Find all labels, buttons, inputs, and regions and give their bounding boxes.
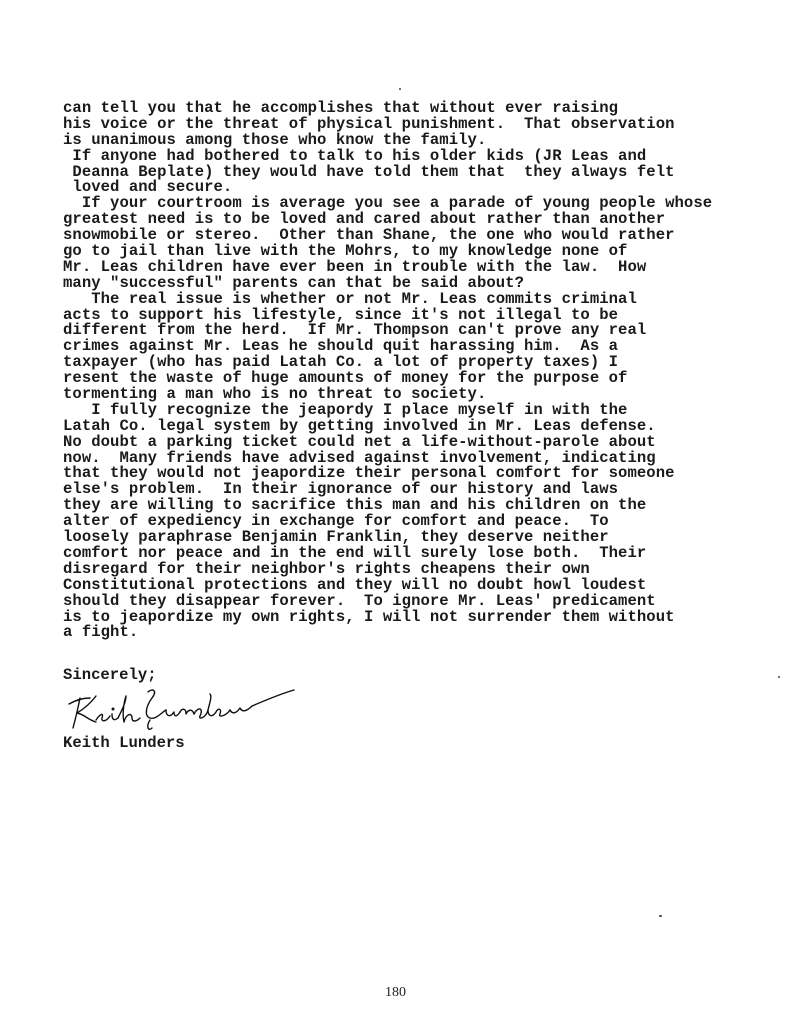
letter-line: a fight. — [63, 625, 712, 641]
page-number: 180 — [0, 985, 791, 1001]
scan-speck — [778, 676, 780, 678]
scan-speck — [659, 915, 662, 917]
letter-body: can tell you that he accomplishes that w… — [63, 101, 712, 641]
handwritten-signature — [66, 684, 306, 734]
letter-closing: Sincerely; — [63, 666, 157, 684]
scan-speck — [399, 88, 401, 90]
document-page: can tell you that he accomplishes that w… — [0, 0, 791, 1023]
letter-line: is to jeapordize my own rights, I will n… — [63, 610, 712, 626]
signer-name: Keith Lunders — [63, 734, 185, 752]
